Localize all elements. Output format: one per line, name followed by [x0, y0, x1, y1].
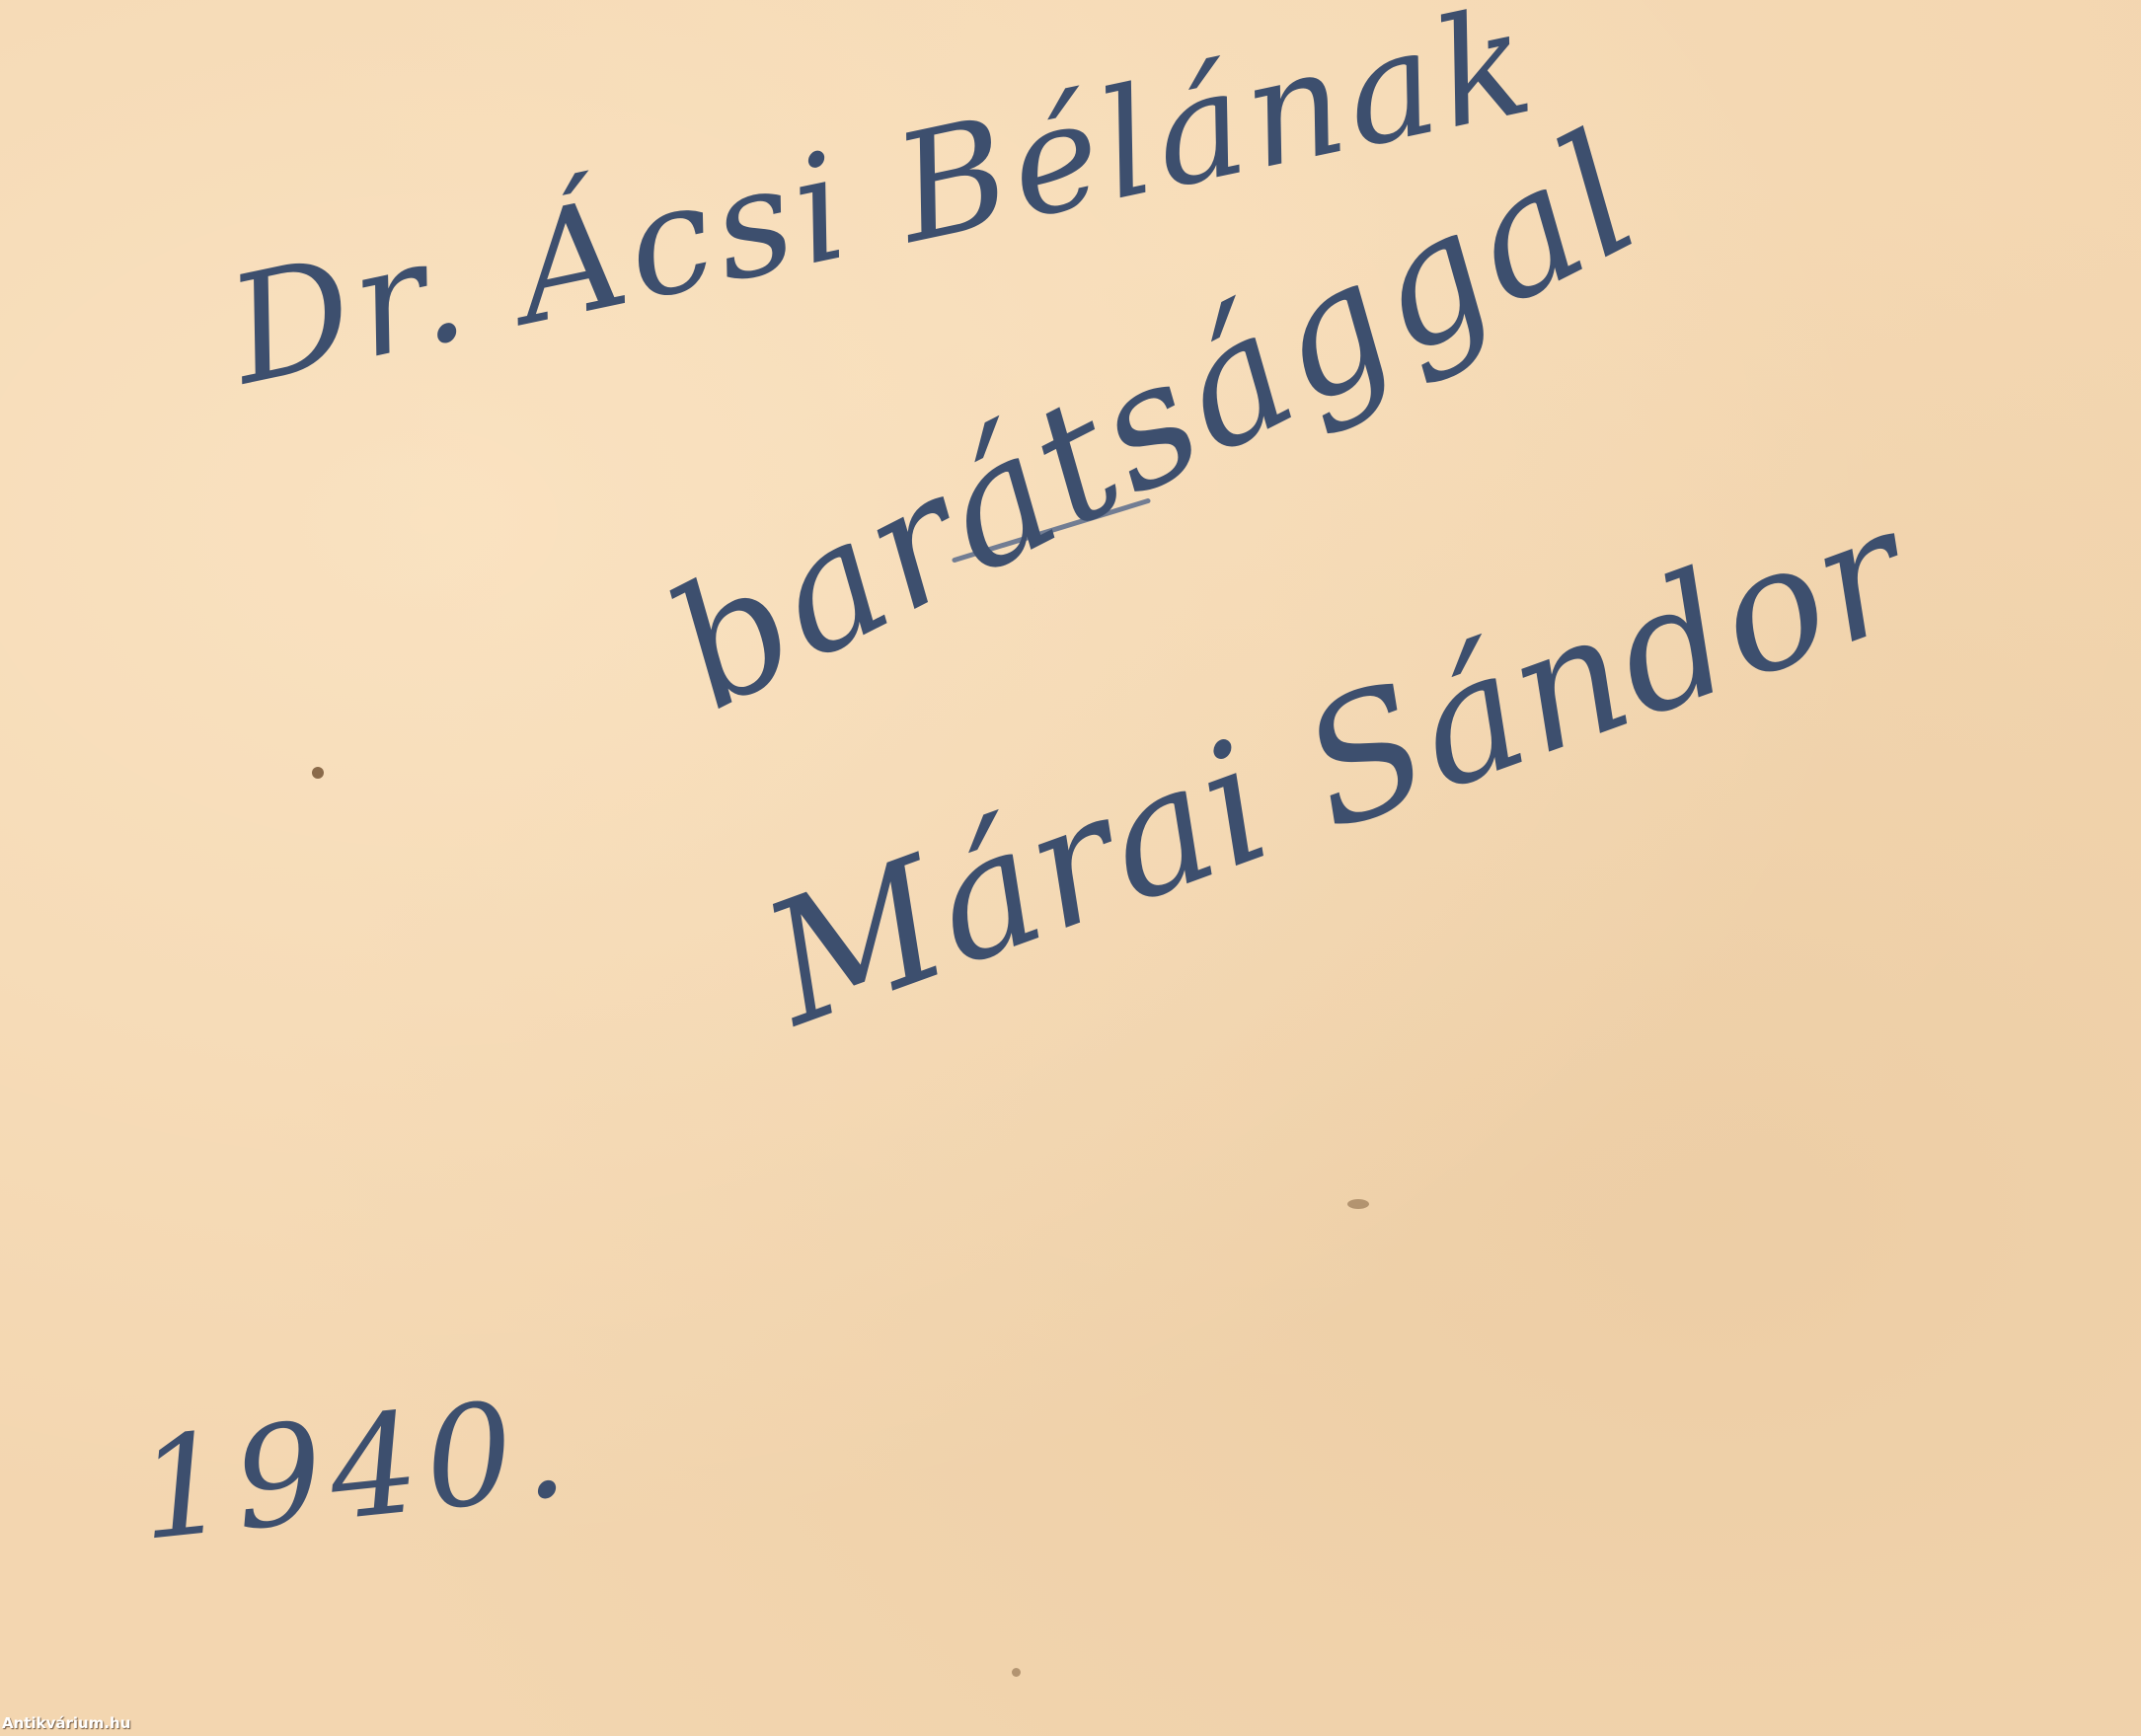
- paper-speck: [312, 767, 324, 779]
- watermark: Antikvárium.hu: [2, 1714, 130, 1732]
- paper-speck: [1347, 1199, 1369, 1209]
- paper-speck: [1012, 1668, 1021, 1677]
- paper-background: Dr. Ácsi Bélának barátsággal Márai Sándo…: [0, 0, 2141, 1736]
- dedication-date: 1940.: [131, 1367, 580, 1572]
